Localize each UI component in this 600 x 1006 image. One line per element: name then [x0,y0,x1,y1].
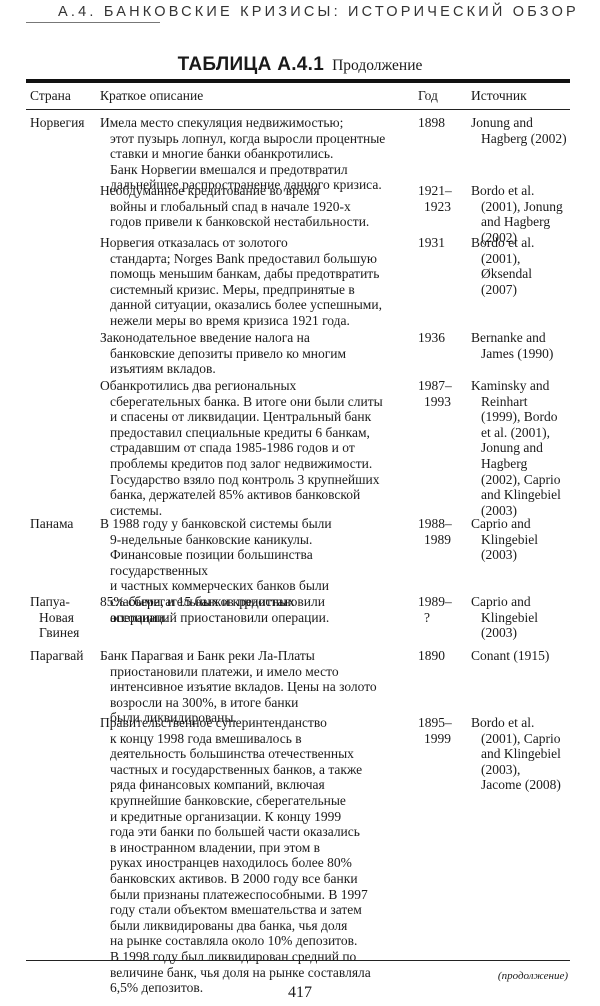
cell-line: Caprio and [471,516,538,532]
row-year: 1989–? [418,594,452,625]
cell-line: Bordo et al. [471,235,534,251]
cell-line: et al. (2001), [471,425,561,441]
cell-line: Правительственное суперинтенданство [100,715,371,731]
cell-line: на рынке составляла около 10% депозитов. [100,933,371,949]
cell-line: были признаны платежеспособными. В 1997 [100,887,371,903]
cell-line: (2003) [471,547,538,563]
cell-line: Имела место спекуляция недвижимостью; [100,115,385,131]
row-source: Bordo et al.(2001), Caprioand Klingebiel… [471,715,561,793]
cell-line: банковских активов. В 2000 году все банк… [100,871,371,887]
table-top-rule [26,79,570,83]
cell-line: частных и государственных банков, а такж… [100,762,371,778]
row-year: 1988–1989 [418,516,452,547]
cell-line: Caprio and [471,594,538,610]
cell-line: 9-недельные банковские каникулы. [100,532,332,548]
cell-line: изъятиям вкладов. [100,361,346,377]
cell-line: и кредитные организации. К концу 1999 [100,809,371,825]
cell-line: Bordo et al. [471,715,561,731]
cell-line: Обанкротились два региональных [100,378,383,394]
cell-line: Jonung and [471,440,561,456]
cell-line: 1923 [418,199,452,215]
cell-line: 1993 [418,394,452,410]
cell-line: проблемы кредитов под залог недвижимости… [100,456,383,472]
cell-line: Hagberg (2002) [471,131,567,147]
row-source: Conant (1915) [471,648,549,664]
row-description: Правительственное суперинтенданствок кон… [100,715,371,996]
cell-line: 1895– [418,715,452,731]
table-number: ТАБЛИЦА А.4.1 [178,54,325,75]
cell-line: ? [418,610,452,626]
cell-line: ряда финансовых компаний, включая [100,777,371,793]
cell-line: Klingebiel [471,610,538,626]
cell-line: Необдуманное кредитование во время [100,183,369,199]
row-description: Законодательное введение налога набанков… [100,330,346,377]
row-source: Jonung andHagberg (2002) [471,115,567,146]
row-source: Kaminsky andReinhart(1999), Bordoet al. … [471,378,561,518]
row-country: Норвегия [30,115,85,131]
cell-line: Bernanke and [471,330,553,346]
cell-line: Норвегия [30,115,85,131]
row-country: Парагвай [30,648,83,664]
cell-line: ставки и многие банки обанкротились. [100,146,385,162]
row-description: Норвегия отказалась от золотогостандарта… [100,235,382,329]
table-bottom-rule [26,960,570,961]
cell-line: (1999), Bordo [471,409,561,425]
cell-line: 1898 [418,115,445,131]
cell-line: Kaminsky and [471,378,561,394]
cell-line: банковские депозиты привело ко многим [100,346,346,362]
cell-line: Bordo et al. [471,183,563,199]
cell-line: (2007) [471,282,534,298]
cell-line: Банк Парагвая и Банк реки Ла-Платы [100,648,377,664]
running-head-rule [26,22,160,23]
cell-line: and Klingebiel [471,746,561,762]
cell-line: этот пузырь лопнул, когда выросли процен… [100,131,385,147]
cell-line: Hagberg [471,456,561,472]
page-number: 417 [0,984,600,1002]
cell-line: 1999 [418,731,452,747]
running-head: А.4. БАНКОВСКИЕ КРИЗИСЫ: ИСТОРИЧЕСКИЙ ОБ… [58,4,579,20]
cell-line: (2003), [471,762,561,778]
row-source: Bernanke andJames (1990) [471,330,553,361]
cell-line: 1988– [418,516,452,532]
cell-line: и спасены от ликвидации. Центральный бан… [100,409,383,425]
cell-line: ассоциаций приостановили операции. [100,610,329,626]
cell-line: Jonung and [471,115,567,131]
cell-line: Новая [30,610,79,626]
cell-line: величине банк, чья доля на рынке составл… [100,965,371,981]
cell-line: помощь меньшим банкам, дабы предотвратит… [100,266,382,282]
cell-line: приостановили платежи, и имело место [100,664,377,680]
row-country: Панама [30,516,73,532]
cell-line: возросли на 300%, в итоге банки [100,695,377,711]
cell-line: 1989– [418,594,452,610]
cell-line: Законодательное введение налога на [100,330,346,346]
cell-line: страдавшим от спада 1985-1986 годов и от [100,440,383,456]
cell-line: 1936 [418,330,445,346]
row-source: Bordo et al.(2001),Øksendal(2007) [471,235,534,297]
cell-line: (2003) [471,625,538,641]
row-description: 85% сберегательных и кредитныхассоциаций… [100,594,329,625]
row-year: 1931 [418,235,445,251]
header-year: Год [418,88,438,104]
cell-line: 1987– [418,378,452,394]
cell-line: Reinhart [471,394,561,410]
row-source: Caprio andKlingebiel(2003) [471,594,538,641]
header-rule [26,109,570,110]
table-title: ТАБЛИЦА А.4.1 Продолжение [0,54,600,76]
cell-line: 1921– [418,183,452,199]
cell-line: Conant (1915) [471,648,549,664]
cell-line: 1931 [418,235,445,251]
cell-line: Норвегия отказалась от золотого [100,235,382,251]
cell-line: and Hagberg [471,214,563,230]
row-year: 1921–1923 [418,183,452,214]
row-year: 1895–1999 [418,715,452,746]
cell-line: Парагвай [30,648,83,664]
cell-line: интенсивное изъятие вкладов. Цены на зол… [100,679,377,695]
row-source: Caprio andKlingebiel(2003) [471,516,538,563]
cell-line: руках иностранцев находилось более 80% [100,855,371,871]
header-country: Страна [30,88,71,104]
cell-line: сберегательных банка. В итоге они были с… [100,394,383,410]
cell-line: (2001), Jonung [471,199,563,215]
cell-line: были ликвидированы два банка, чья доля [100,918,371,934]
cell-line: нежели меры во время кризиса 1921 года. [100,313,382,329]
row-year: 1936 [418,330,445,346]
header-description: Краткое описание [100,88,203,104]
row-description: Обанкротились два региональныхсберегател… [100,378,383,518]
cell-line: стандарта; Norges Bank предоставил больш… [100,251,382,267]
cell-line: 85% сберегательных и кредитных [100,594,329,610]
cell-line: государственных [100,563,332,579]
cell-line: Государство взяло под контроль 3 крупней… [100,472,383,488]
cell-line: Финансовые позиции большинства [100,547,332,563]
cell-line: крупнейшие банковские, сберегательные [100,793,371,809]
row-year: 1890 [418,648,445,664]
row-country: Папуа-НоваяГвинея [30,594,79,641]
cell-line: войны и глобальный спад в начале 1920-х [100,199,369,215]
cell-line: (2001), Caprio [471,731,561,747]
cell-line: Jacome (2008) [471,777,561,793]
cell-line: данной ситуации, оказались более успешны… [100,297,382,313]
cell-line: В 1998 году был ликвидирован средний по [100,949,371,965]
cell-line: банка, держателей 85% активов банковской [100,487,383,503]
cell-line: (2002), Caprio [471,472,561,488]
cell-line: и частных коммерческих банков были [100,578,332,594]
cell-line: предоставил специальные кредиты 6 банкам… [100,425,383,441]
cell-line: В 1988 году у банковской системы были [100,516,332,532]
cell-line: Панама [30,516,73,532]
cell-line: Klingebiel [471,532,538,548]
cell-line: Папуа- [30,594,79,610]
cell-line: James (1990) [471,346,553,362]
header-source: Источник [471,88,527,104]
cell-line: к концу 1998 года вмешивалось в [100,731,371,747]
cell-line: года эти банки по большей части оказалис… [100,824,371,840]
cell-line: годов привели к банковской нестабильност… [100,214,369,230]
table-continuation-label: Продолжение [332,57,422,74]
row-description: Имела место спекуляция недвижимостью;это… [100,115,385,193]
continued-note: (продолжение) [498,970,568,982]
cell-line: (2001), [471,251,534,267]
cell-line: and Klingebiel [471,487,561,503]
cell-line: системный кризис. Меры, предпринятые в [100,282,382,298]
cell-line: в иностранном владении, при этом в [100,840,371,856]
cell-line: Банк Норвегии вмешался и предотвратил [100,162,385,178]
cell-line: Øksendal [471,266,534,282]
cell-line: деятельность большинства отечественных [100,746,371,762]
cell-line: 1890 [418,648,445,664]
cell-line: 1989 [418,532,452,548]
row-year: 1898 [418,115,445,131]
cell-line: Гвинея [30,625,79,641]
cell-line: году стали объектом вмешательства и зате… [100,902,371,918]
row-description: Необдуманное кредитование во времявойны … [100,183,369,230]
row-year: 1987–1993 [418,378,452,409]
